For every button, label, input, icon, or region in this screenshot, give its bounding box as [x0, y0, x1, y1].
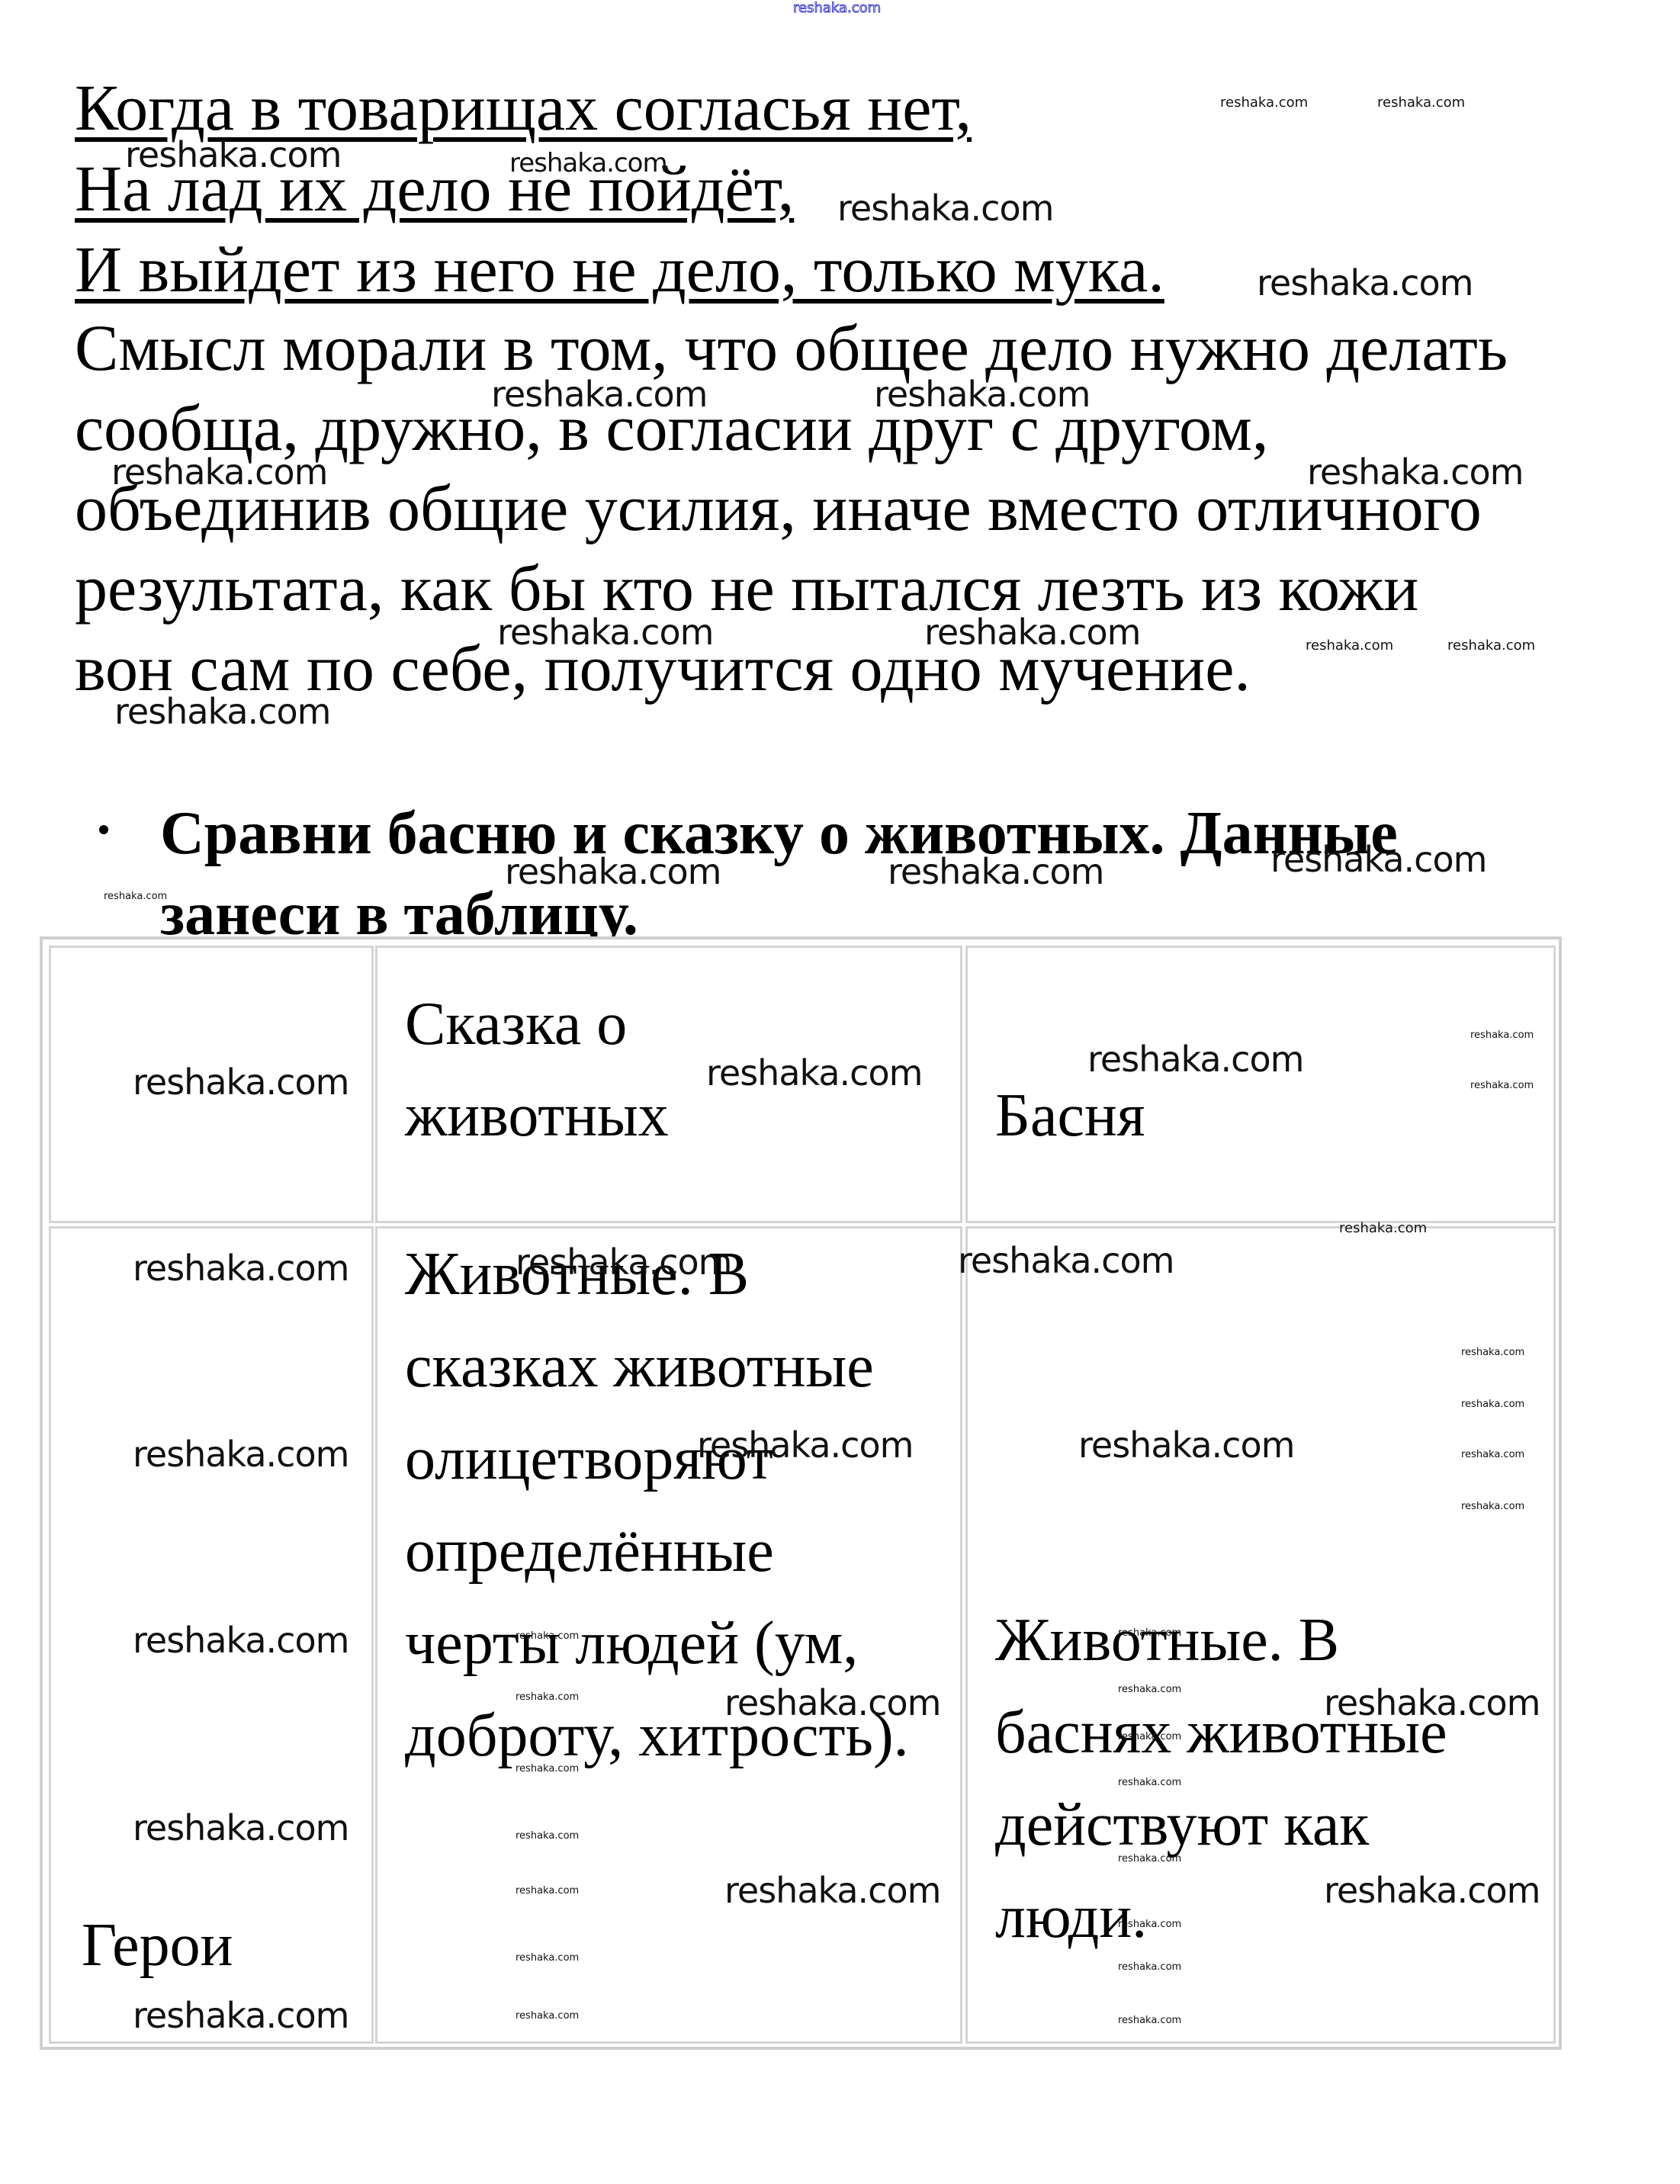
watermark: reshaka.com — [1220, 95, 1308, 111]
watermark: reshaka.com — [724, 1870, 940, 1911]
watermark: reshaka.com — [516, 1691, 579, 1703]
watermark: reshaka.com — [133, 1248, 349, 1289]
watermark: reshaka.com — [133, 1061, 349, 1103]
watermark: reshaka.com — [958, 1240, 1174, 1281]
watermark: reshaka.com — [516, 1241, 731, 1283]
watermark: reshaka.com — [516, 2010, 579, 2022]
watermark: reshaka.com — [1118, 1853, 1181, 1864]
watermark: reshaka.com — [509, 148, 667, 178]
watermark: reshaka.com — [1461, 1399, 1524, 1410]
watermark: reshaka.com — [888, 851, 1103, 892]
watermark: reshaka.com — [133, 1807, 349, 1848]
watermark: reshaka.com — [104, 891, 167, 902]
watermark: reshaka.com — [706, 1052, 922, 1094]
watermark: reshaka.com — [505, 851, 721, 892]
watermark: reshaka.com — [516, 1630, 579, 1642]
watermark: reshaka.com — [1324, 1870, 1540, 1911]
watermark: reshaka.com — [1470, 1080, 1534, 1091]
watermark: reshaka.com — [1118, 2015, 1181, 2026]
watermark: reshaka.com — [697, 1424, 913, 1466]
watermark: reshaka.com — [133, 1434, 349, 1475]
watermark: reshaka.com — [1461, 1347, 1524, 1358]
watermark: reshaka.com — [516, 1952, 579, 1964]
watermark: reshaka.com — [1087, 1039, 1303, 1080]
watermark: reshaka.com — [1118, 1731, 1181, 1742]
watermark: reshaka.com — [1339, 1220, 1427, 1236]
watermark: reshaka.com — [111, 451, 327, 493]
task-text: Сравни басню и сказку о животных. Данные… — [160, 800, 1398, 948]
watermark: reshaka.com — [724, 1682, 940, 1723]
watermark: reshaka.com — [1270, 839, 1486, 880]
header-watermark: reshaka.com — [793, 0, 881, 16]
watermark: reshaka.com — [133, 1995, 349, 2036]
watermark: reshaka.com — [1306, 638, 1393, 654]
watermark: reshaka.com — [516, 1830, 579, 1842]
watermark: reshaka.com — [1461, 1449, 1524, 1460]
watermark: reshaka.com — [1307, 451, 1523, 493]
watermark: reshaka.com — [1324, 1682, 1540, 1723]
row-label-text: Герои — [82, 1900, 233, 1991]
watermark: reshaka.com — [1257, 262, 1473, 304]
watermark: reshaka.com — [1461, 1501, 1524, 1512]
watermark: reshaka.com — [837, 188, 1053, 229]
watermark: reshaka.com — [1470, 1029, 1534, 1041]
watermark: reshaka.com — [1078, 1424, 1294, 1466]
watermark: reshaka.com — [516, 1763, 579, 1774]
watermark: reshaka.com — [924, 612, 1140, 653]
table-cell-fairy-tale: Животные. В сказках животные олицетворяю… — [375, 1226, 962, 2044]
watermark: reshaka.com — [1118, 1919, 1181, 1930]
watermark: reshaka.com — [114, 691, 330, 732]
task-item: Сравни басню и сказку о животных. Данные… — [99, 793, 1457, 955]
watermark: reshaka.com — [1118, 1777, 1181, 1788]
header-cell-text: Басня — [995, 1070, 1145, 1161]
watermark: reshaka.com — [497, 612, 713, 653]
watermark: reshaka.com — [1118, 1627, 1181, 1639]
watermark: reshaka.com — [516, 1885, 579, 1897]
watermark: reshaka.com — [1377, 95, 1465, 111]
bullet-icon — [99, 825, 108, 834]
table-header-fable: Басня — [965, 946, 1556, 1223]
watermark: reshaka.com — [874, 374, 1090, 415]
task-list: Сравни басню и сказку о животных. Данные… — [99, 793, 1457, 955]
watermark: reshaka.com — [125, 134, 341, 175]
watermark: reshaka.com — [133, 1620, 349, 1661]
watermark: reshaka.com — [1447, 638, 1535, 654]
poem-line: И выйдет из него не дело, только мука. — [75, 229, 1164, 310]
watermark: reshaka.com — [1118, 1684, 1181, 1695]
watermark: reshaka.com — [1118, 1961, 1181, 1973]
watermark: reshaka.com — [491, 374, 707, 415]
